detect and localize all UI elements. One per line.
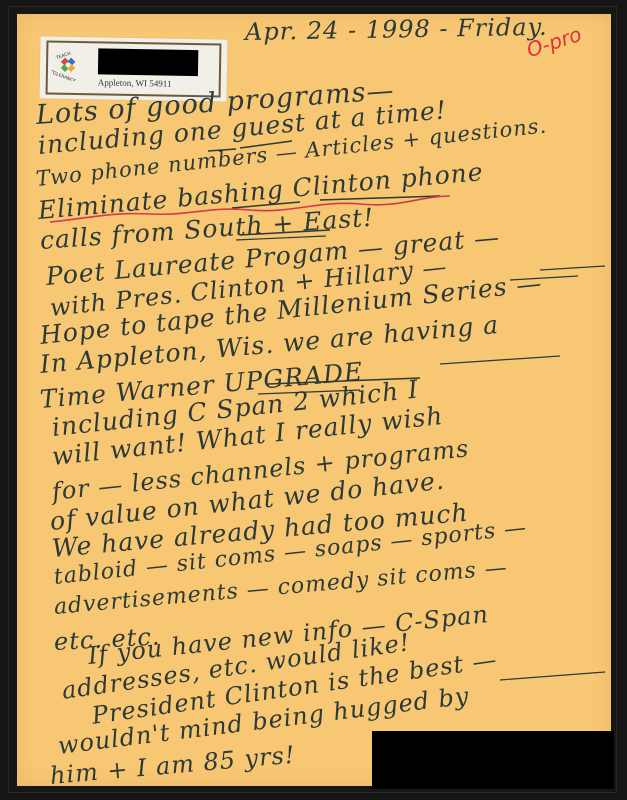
- teach-tolerance-logo-icon: TEACH TOLERANCE: [52, 49, 85, 82]
- redacted-signature: [372, 731, 614, 789]
- label-address: Appleton, WI 54911: [98, 77, 172, 88]
- letter-date: Apr. 24 - 1998 - Friday.: [245, 13, 548, 46]
- redacted-name: [98, 48, 198, 76]
